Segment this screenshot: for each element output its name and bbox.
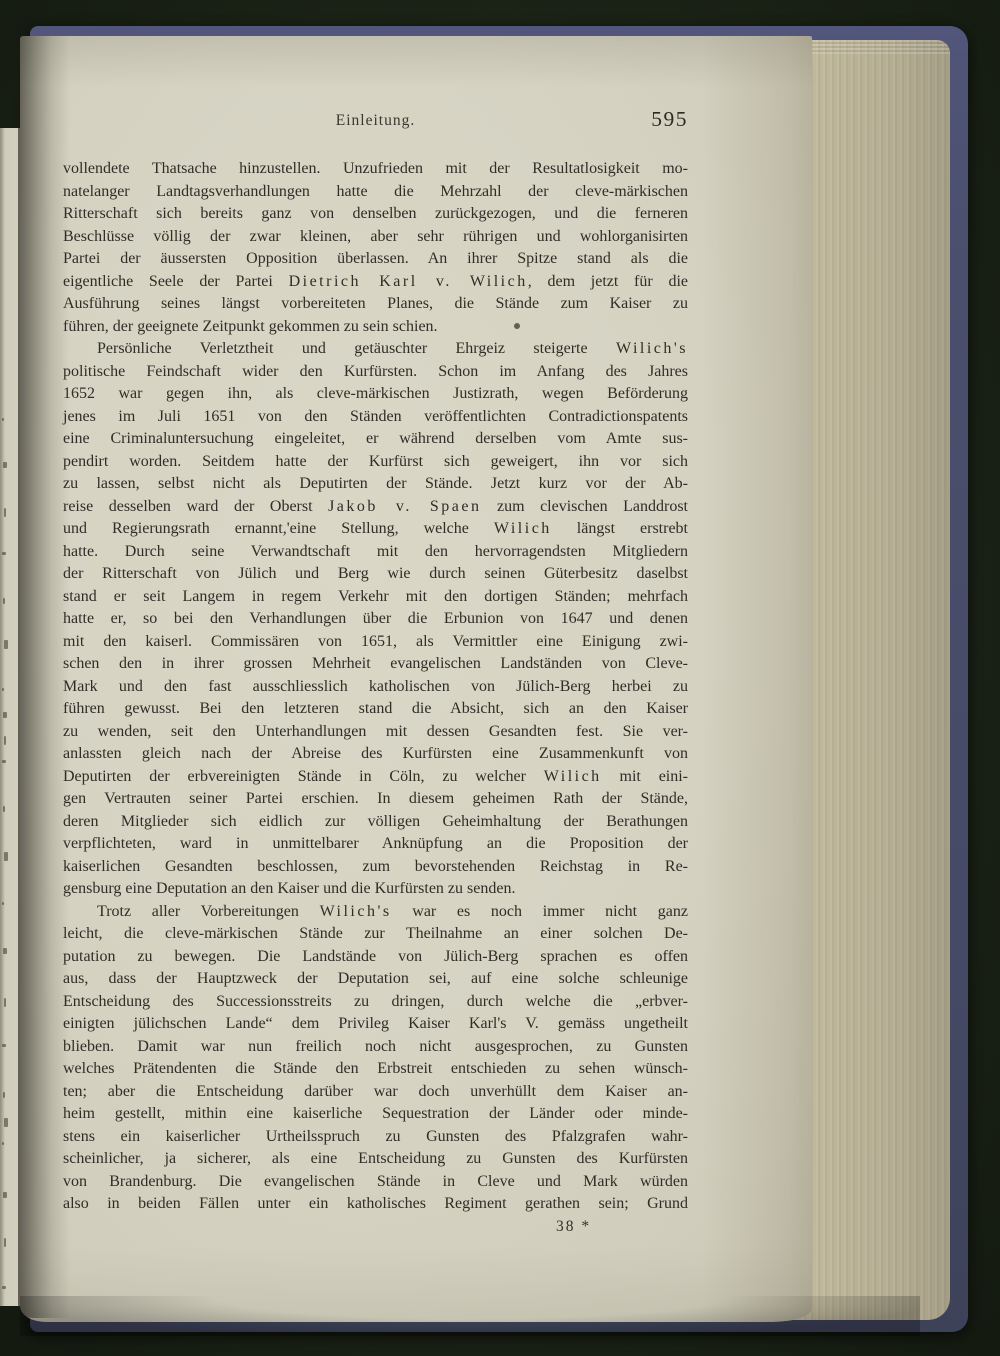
- facing-page-text-fragment: [3, 598, 5, 604]
- text-line: Mark und den fast ausschliesslich kathol…: [63, 676, 688, 699]
- signature-mark: 38 *: [556, 1218, 591, 1236]
- facing-page-text-fragment: [3, 1092, 5, 1098]
- facing-page-text-fragment: [4, 1238, 6, 1247]
- facing-page-text-fragment: [4, 736, 6, 745]
- facing-page-text-fragment: [2, 688, 4, 691]
- book-scan-photo: Einleitung. 595 vollendete Thatsache hin…: [0, 0, 1000, 1356]
- facing-page-text-fragment: [3, 462, 7, 468]
- text-line: einigten jülichschen Lande“ dem Privileg…: [63, 1013, 688, 1036]
- text-line: reise desselben ward der Oberst Jakob v.…: [63, 496, 688, 519]
- facing-page-text-fragment: [2, 902, 4, 905]
- facing-page-text-fragment: [4, 998, 6, 1007]
- text-line: Ritterschaft sich bereits ganz von dense…: [63, 203, 688, 226]
- text-line: heim gestellt, mithin eine kaiserliche S…: [63, 1103, 688, 1126]
- facing-page-text-fragment: [2, 552, 6, 555]
- text-line: gensburg eine Deputation an den Kaiser u…: [63, 878, 688, 901]
- text-line: schen den in ihrer grossen Mehrheit evan…: [63, 653, 688, 676]
- facing-page-text-fragment: [2, 418, 4, 421]
- printed-text-block: Einleitung. 595 vollendete Thatsache hin…: [63, 112, 688, 1216]
- facing-page-text-fragment: [2, 1142, 4, 1145]
- facing-page-text-fragment: [3, 806, 5, 812]
- facing-page-text-fragment: [2, 760, 6, 763]
- text-line: scheinlicher, ja sicherer, als eine Ents…: [63, 1148, 688, 1171]
- text-line: jenes im Juli 1651 von den Ständen veröf…: [63, 406, 688, 429]
- text-line: eine Criminaluntersuchung eingeleitet, e…: [63, 428, 688, 451]
- text-line: anlassten gleich nach der Abreise des Ku…: [63, 743, 688, 766]
- text-line: Entscheidung des Successionsstreits zu d…: [63, 991, 688, 1014]
- text-line: zu lassen, selbst nicht als Deputirten d…: [63, 473, 688, 496]
- page-number: 595: [651, 107, 688, 132]
- text-line: Trotz aller Vorbereitungen Wilich's war …: [63, 901, 688, 924]
- text-line: welches Prätendenten die Stände den Erbs…: [63, 1058, 688, 1081]
- text-line: aus, dass der Hauptzweck der Deputation …: [63, 968, 688, 991]
- text-line: Deputirten der erbvereinigten Stände in …: [63, 766, 688, 789]
- text-line: und Regierungsrath ernannt,'eine Stellun…: [63, 518, 688, 541]
- text-line: führen gewusst. Bei den letzteren stand …: [63, 698, 688, 721]
- text-line: zu wenden, seit den Unterhandlungen mit …: [63, 721, 688, 744]
- text-line: hatte er, so bei den Verhandlungen über …: [63, 608, 688, 631]
- text-line: von Brandenburg. Die evangelischen Ständ…: [63, 1171, 688, 1194]
- text-line: verpflichteten, ward in unmittelbarer An…: [63, 833, 688, 856]
- facing-page-text-fragment: [4, 852, 8, 861]
- facing-page-text-fragment: [4, 640, 8, 649]
- facing-page-text-fragment: [4, 1118, 8, 1127]
- text-line: leicht, die cleve-märkischen Stände zur …: [63, 923, 688, 946]
- text-line: vollendete Thatsache hinzustellen. Unzuf…: [63, 158, 688, 181]
- text-line: führen, der geeignete Zeitpunkt gekommen…: [63, 316, 688, 339]
- text-line: mit den kaiserl. Commissären von 1651, a…: [63, 631, 688, 654]
- facing-page-text-fragment: [3, 1192, 7, 1198]
- text-line: Persönliche Verletztheit und getäuschter…: [63, 338, 688, 361]
- text-body: vollendete Thatsache hinzustellen. Unzuf…: [63, 158, 688, 1216]
- text-line: gen Vertrauten seiner Partei erschien. I…: [63, 788, 688, 811]
- text-line: kaiserlichen Gesandten beschlossen, zum …: [63, 856, 688, 879]
- text-line: Beschlüsse völlig der zwar kleinen, aber…: [63, 226, 688, 249]
- ink-spot: [514, 323, 520, 329]
- facing-page-sliver: [0, 128, 20, 1306]
- facing-page-text-fragment: [3, 948, 7, 954]
- facing-page-text-fragment: [2, 1286, 6, 1289]
- text-line: stens ein kaiserlicher Urtheilsspruch zu…: [63, 1126, 688, 1149]
- facing-page-text-fragment: [3, 712, 7, 718]
- text-line: pendirt worden. Seitdem hatte der Kurfür…: [63, 451, 688, 474]
- facing-page-text-fragment: [2, 1044, 6, 1047]
- text-line: stand er seit Langem in regem Verkehr mi…: [63, 586, 688, 609]
- text-line: also in beiden Fällen unter ein katholis…: [63, 1193, 688, 1216]
- text-line: Partei der äussersten Opposition überlas…: [63, 248, 688, 271]
- text-line: ten; aber die Entscheidung darüber war d…: [63, 1081, 688, 1104]
- text-line: politische Feindschaft wider den Kurfürs…: [63, 361, 688, 384]
- text-line: 1652 war gegen ihn, als cleve-märkischen…: [63, 383, 688, 406]
- text-line: der Ritterschaft von Jülich und Berg wie…: [63, 563, 688, 586]
- text-line: eigentliche Seele der Partei Dietrich Ka…: [63, 271, 688, 294]
- page-header: Einleitung. 595: [63, 112, 688, 136]
- text-line: hatte. Durch seine Verwandtschaft mit de…: [63, 541, 688, 564]
- text-line: natelanger Landtagsverhandlungen hatte d…: [63, 181, 688, 204]
- text-line: putation zu bewegen. Die Landstände von …: [63, 946, 688, 969]
- text-line: blieben. Damit war nun freilich noch nic…: [63, 1036, 688, 1059]
- text-line: Ausführung seines längst vorbereiteten P…: [63, 293, 688, 316]
- facing-page-text-fragment: [4, 508, 6, 517]
- text-line: deren Mitglieder sich eidlich zur völlig…: [63, 811, 688, 834]
- running-title: Einleitung.: [63, 112, 688, 130]
